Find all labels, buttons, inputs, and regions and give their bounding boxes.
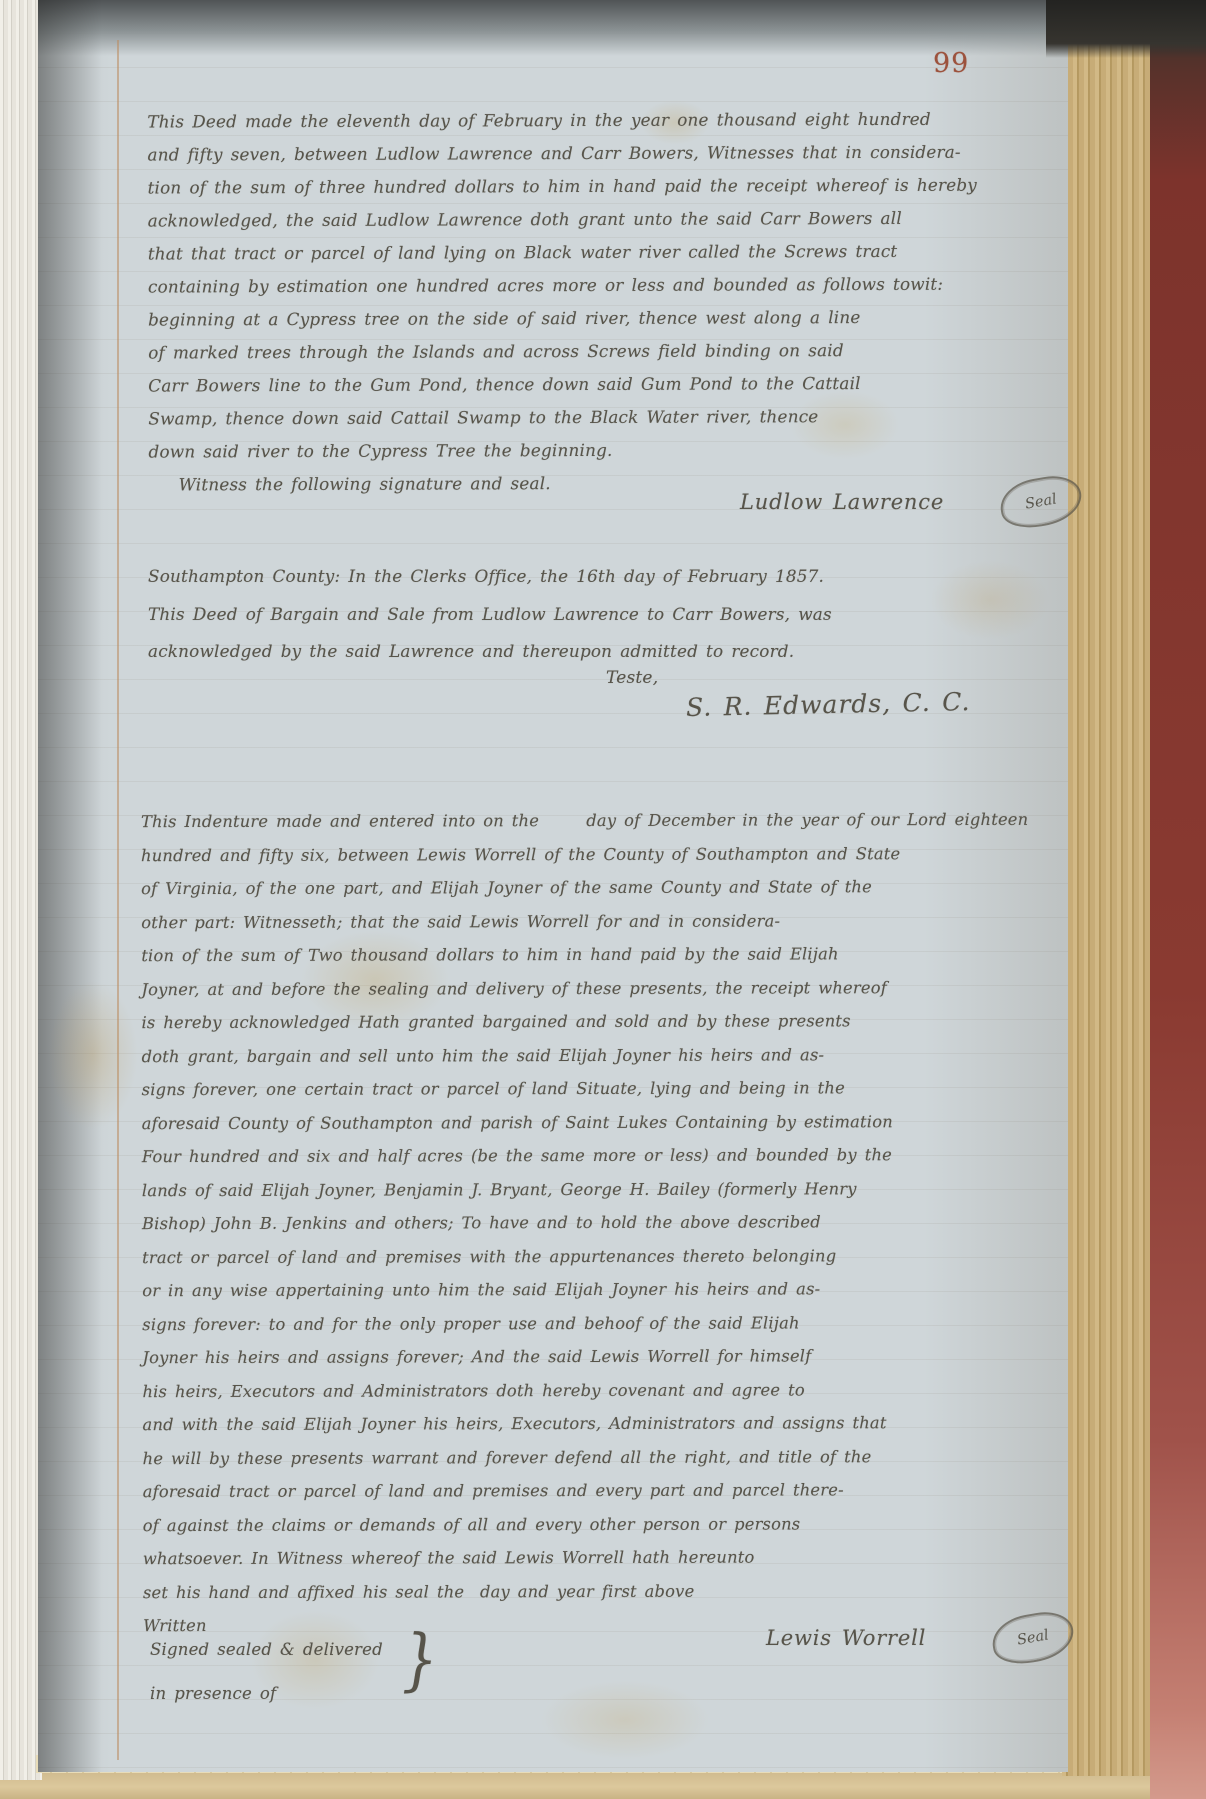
handwritten-line: Bishop) John B. Jenkins and others; To h… — [142, 1205, 1020, 1241]
grantor-signature: Ludlow Lawrence — [740, 490, 944, 514]
handwritten-line: hundred and fifty six, between Lewis Wor… — [141, 836, 1019, 872]
handwritten-line: acknowledged by the said Lawrence and th… — [148, 633, 1014, 671]
handwritten-line: acknowledged, the said Ludlow Lawrence d… — [148, 201, 1014, 237]
grantor-signature: Lewis Worrell — [766, 1626, 926, 1650]
handwritten-line: Joyner, at and before the sealing and de… — [141, 970, 1019, 1006]
handwritten-line: and with the said Elijah Joyner his heir… — [142, 1406, 1020, 1442]
teste-label: Teste, — [606, 668, 658, 688]
margin-rule-line — [117, 40, 119, 1760]
handwritten-line: of against the claims or demands of all … — [143, 1506, 1021, 1542]
handwritten-line: his heirs, Executors and Administrators … — [142, 1372, 1020, 1408]
handwritten-line: whatsoever. In Witness whereof the said … — [143, 1540, 1021, 1576]
handwritten-line: Southampton County: In the Clerks Office… — [148, 558, 1014, 596]
handwritten-line: and fifty seven, between Ludlow Lawrence… — [147, 135, 1013, 171]
handwritten-line: aforesaid County of Southampton and pari… — [142, 1104, 1020, 1140]
attestation-line: in presence of — [150, 1684, 276, 1703]
handwritten-line: that that tract or parcel of land lying … — [148, 234, 1014, 270]
attestation-brace: } — [402, 1622, 438, 1700]
handwritten-line: lands of said Elijah Joyner, Benjamin J.… — [142, 1171, 1020, 1207]
handwritten-line: doth grant, bargain and sell unto him th… — [142, 1037, 1020, 1073]
handwritten-line: set his hand and affixed his seal the da… — [143, 1573, 1021, 1609]
book-cover — [1150, 0, 1206, 1799]
deed-book-photo: 99 This Deed made the eleventh day of Fe… — [0, 0, 1206, 1799]
attestation-line: Signed sealed & delivered — [150, 1640, 383, 1659]
handwritten-line: aforesaid tract or parcel of land and pr… — [143, 1473, 1021, 1509]
handwritten-line: This Deed made the eleventh day of Febru… — [147, 102, 1013, 138]
handwritten-line: beginning at a Cypress tree on the side … — [148, 300, 1014, 336]
handwritten-line: tract or parcel of land and premises wit… — [142, 1238, 1020, 1274]
gutter-shadow — [38, 0, 102, 1772]
right-page-edges — [1062, 0, 1158, 1776]
handwritten-line: he will by these presents warrant and fo… — [143, 1439, 1021, 1475]
binding-corner-shadow — [1046, 0, 1206, 58]
page-top-shadow — [38, 0, 1068, 56]
left-page-stack-edge — [0, 0, 42, 1780]
handwritten-line: signs forever: to and for the only prope… — [142, 1305, 1020, 1341]
handwritten-line: signs forever, one certain tract or parc… — [142, 1071, 1020, 1107]
handwritten-line: is hereby acknowledged Hath granted barg… — [141, 1004, 1019, 1040]
handwritten-line: Carr Bowers line to the Gum Pond, thence… — [148, 366, 1014, 402]
page-number: 99 — [933, 48, 969, 79]
seal-label: Seal — [1016, 1627, 1050, 1648]
handwritten-line: Four hundred and six and half acres (be … — [142, 1138, 1020, 1174]
handwritten-line: of marked trees through the Islands and … — [148, 333, 1014, 369]
indenture-entry-text: This Indenture made and entered into on … — [141, 803, 1021, 1643]
handwritten-line: of Virginia, of the one part, and Elijah… — [141, 870, 1019, 906]
clerk-signature: S. R. Edwards, C. C. — [686, 687, 971, 722]
handwritten-line: or in any wise appertaining unto him the… — [142, 1272, 1020, 1308]
handwritten-line: Joyner his heirs and assigns forever; An… — [142, 1339, 1020, 1375]
desk-surface — [0, 1769, 1206, 1799]
handwritten-line: tion of the sum of three hundred dollars… — [148, 168, 1014, 204]
deed-entry-text: This Deed made the eleventh day of Febru… — [147, 102, 1014, 501]
handwritten-line: This Deed of Bargain and Sale from Ludlo… — [148, 596, 1014, 634]
handwritten-line: tion of the sum of Two thousand dollars … — [141, 937, 1019, 973]
handwritten-line: This Indenture made and entered into on … — [141, 803, 1019, 839]
handwritten-line: Swamp, thence down said Cattail Swamp to… — [148, 399, 1014, 435]
seal-label: Seal — [1024, 491, 1058, 512]
clerk-acknowledgment-text: Southampton County: In the Clerks Office… — [148, 558, 1014, 671]
handwritten-line: other part: Witnesseth; that the said Le… — [141, 903, 1019, 939]
handwritten-line: down said river to the Cypress Tree the … — [148, 432, 1014, 468]
handwritten-line: containing by estimation one hundred acr… — [148, 267, 1014, 303]
